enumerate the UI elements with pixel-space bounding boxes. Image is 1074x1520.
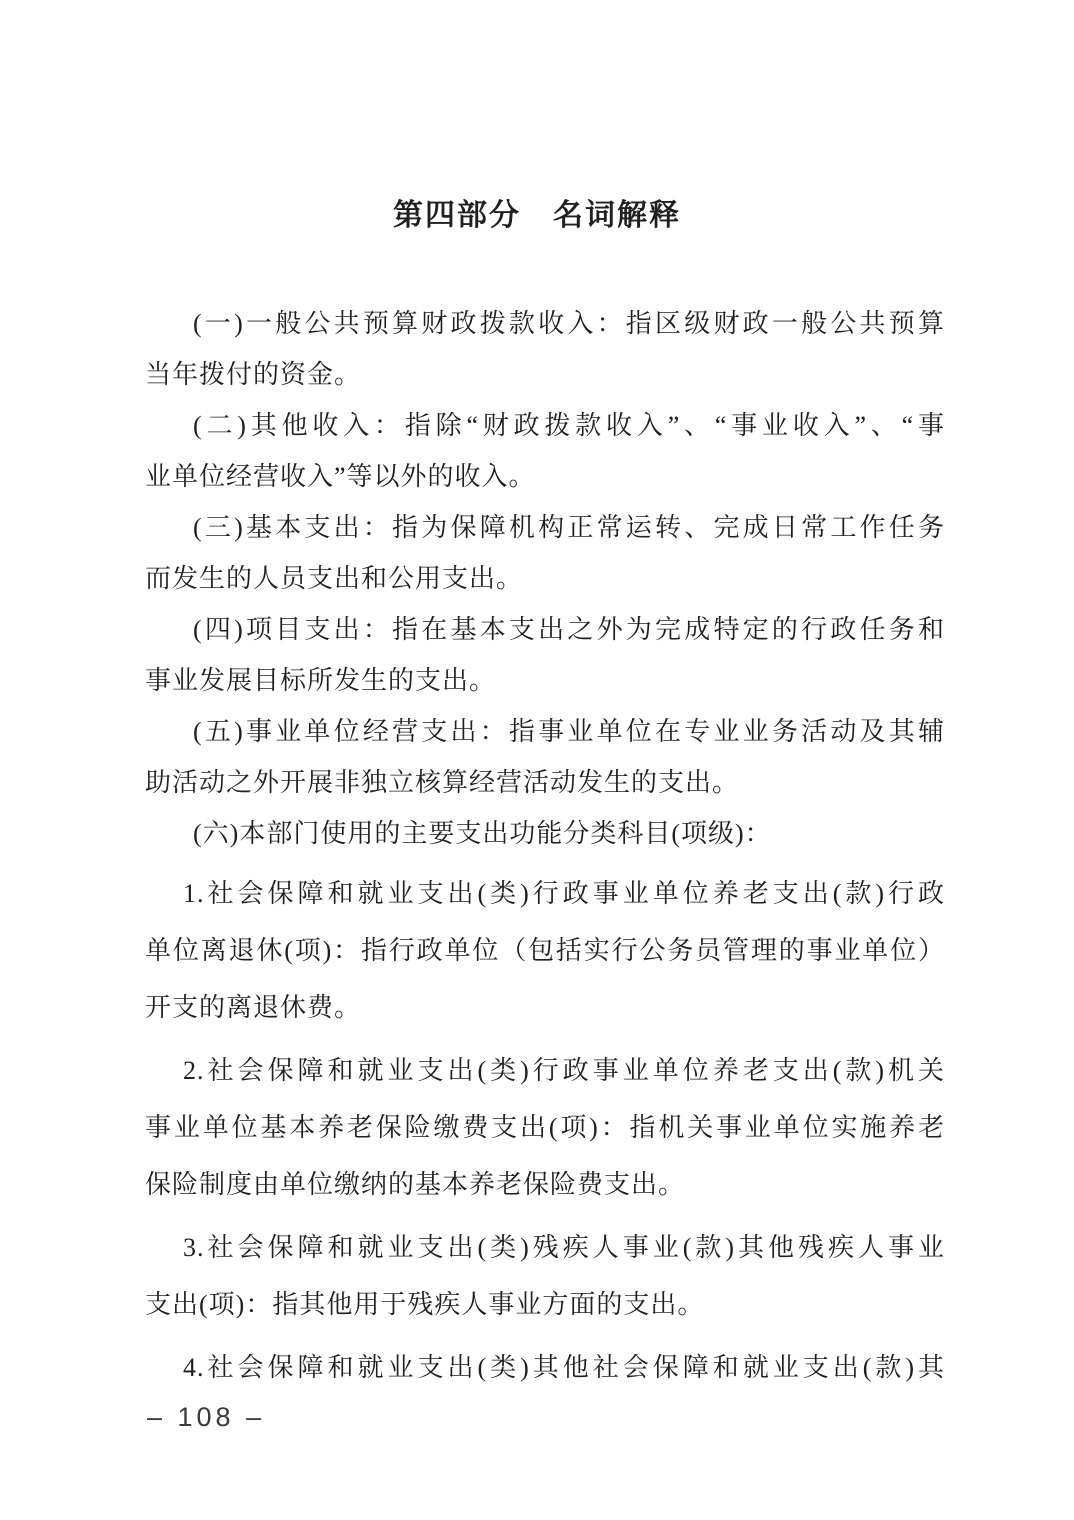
text-line: 支出(项)：指其他用于残疾人事业方面的支出。	[145, 1276, 945, 1333]
text-line: (六)本部门使用的主要支出功能分类科目(项级)：	[145, 808, 945, 859]
text-line: 业单位经营收入”等以外的收入。	[145, 451, 945, 502]
text-line: 2.社会保障和就业支出(类)行政事业单位养老支出(款)机关	[145, 1042, 945, 1099]
document-page: 第四部分 名词解释 (一)一般公共预算财政拨款收入：指区级财政一般公共预算当年拨…	[0, 0, 1074, 1520]
text-line: 保险制度由单位缴纳的基本养老保险费支出。	[145, 1156, 945, 1213]
text-line: 3.社会保障和就业支出(类)残疾人事业(款)其他残疾人事业	[145, 1219, 945, 1276]
text-line: 事业单位基本养老保险缴费支出(项)：指机关事业单位实施养老	[145, 1099, 945, 1156]
text-line: (一)一般公共预算财政拨款收入：指区级财政一般公共预算	[145, 298, 945, 349]
paragraph: (四)项目支出：指在基本支出之外为完成特定的行政任务和事业发展目标所发生的支出。	[145, 604, 945, 706]
text-line: 当年拨付的资金。	[145, 349, 945, 400]
text-line: (二)其他收入：指除“财政拨款收入”、“事业收入”、“事	[145, 400, 945, 451]
document-body: (一)一般公共预算财政拨款收入：指区级财政一般公共预算当年拨付的资金。(二)其他…	[145, 298, 945, 1396]
text-line: 4.社会保障和就业支出(类)其他社会保障和就业支出(款)其	[145, 1339, 945, 1396]
paragraph: (二)其他收入：指除“财政拨款收入”、“事业收入”、“事业单位经营收入”等以外的…	[145, 400, 945, 502]
paragraph: (三)基本支出：指为保障机构正常运转、完成日常工作任务而发生的人员支出和公用支出…	[145, 502, 945, 604]
paragraph: 3.社会保障和就业支出(类)残疾人事业(款)其他残疾人事业支出(项)：指其他用于…	[145, 1219, 945, 1333]
page-number: – 108 –	[147, 1402, 265, 1433]
text-line: 单位离退休(项)：指行政单位（包括实行公务员管理的事业单位）	[145, 922, 945, 979]
paragraph: 4.社会保障和就业支出(类)其他社会保障和就业支出(款)其	[145, 1339, 945, 1396]
paragraph: 2.社会保障和就业支出(类)行政事业单位养老支出(款)机关事业单位基本养老保险缴…	[145, 1042, 945, 1213]
text-line: (五)事业单位经营支出：指事业单位在专业业务活动及其辅	[145, 706, 945, 757]
text-line: 而发生的人员支出和公用支出。	[145, 553, 945, 604]
text-line: (四)项目支出：指在基本支出之外为完成特定的行政任务和	[145, 604, 945, 655]
document-title: 第四部分 名词解释	[0, 0, 1074, 238]
paragraph: 1.社会保障和就业支出(类)行政事业单位养老支出(款)行政单位离退休(项)：指行…	[145, 865, 945, 1036]
paragraph: (一)一般公共预算财政拨款收入：指区级财政一般公共预算当年拨付的资金。	[145, 298, 945, 400]
text-line: (三)基本支出：指为保障机构正常运转、完成日常工作任务	[145, 502, 945, 553]
text-line: 开支的离退休费。	[145, 979, 945, 1036]
text-line: 1.社会保障和就业支出(类)行政事业单位养老支出(款)行政	[145, 865, 945, 922]
text-line: 事业发展目标所发生的支出。	[145, 655, 945, 706]
text-line: 助活动之外开展非独立核算经营活动发生的支出。	[145, 757, 945, 808]
paragraph: (五)事业单位经营支出：指事业单位在专业业务活动及其辅助活动之外开展非独立核算经…	[145, 706, 945, 808]
paragraph: (六)本部门使用的主要支出功能分类科目(项级)：	[145, 808, 945, 859]
